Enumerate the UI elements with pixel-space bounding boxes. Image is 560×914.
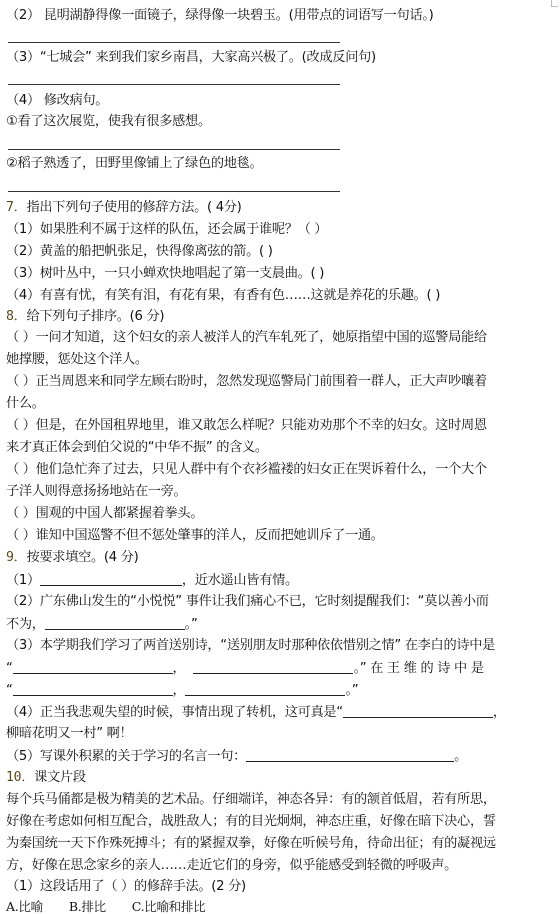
option-c[interactable]: C.比喻和排比 [132,898,206,914]
fill-blank[interactable] [45,615,185,630]
q7-item: （3）树叶丛中，一只小蝉欢快地唱起了第一支晨曲。( ) [6,265,324,283]
answer-line[interactable] [8,149,340,150]
fill-blank[interactable] [13,681,173,696]
fill-blank[interactable] [40,571,182,586]
q9-item3-mid: 。” 在 王 维 的 诗 中 是 [353,661,483,676]
answer-line[interactable] [8,84,340,85]
q9-heading: 9．按要求填空。(4 分) [6,549,138,567]
q9-item3-line1: （3）本学期我们学习了两首送别诗，“送别朋友时那种依依惜别之情” 在李白的诗中是 [6,637,495,655]
comma: ， [173,661,186,676]
q9-item3-line2: “，。” 在 王 维 的 诗 中 是 [6,659,484,677]
comma: ， [493,705,506,720]
q10-number: 10． [6,770,34,785]
fill-blank[interactable] [13,659,173,674]
q9-item5-suffix: 。 [454,749,467,764]
fill-blank[interactable] [246,747,454,762]
q9-item5-prefix: （5）写课外积累的关于学习的名言一句： [6,749,246,764]
q8-line: 什么。 [6,395,45,413]
fill-blank[interactable] [343,703,493,718]
q9-number: 9． [6,550,27,565]
q6-item4: （4） 修改病句。 [6,92,108,110]
q10-passage-line: 方，好像在思念家乡的亲人……走近它们的身旁，似乎能感受到轻微的呼吸声。 [6,857,457,875]
q8-number: 8． [6,309,27,324]
q8-line: （ ）他们急忙奔了过去，只见人群中有个衣衫褴褛的妇女正在哭诉着什么，一个大个 [6,461,487,479]
q7-title: 指出下列句子使用的修辞方法。( 4分) [27,200,242,215]
q7-item: （1）如果胜利不属于这样的队伍，还会属于谁呢？（ ） [6,221,327,239]
q7-number: 7． [6,200,27,215]
q8-title: 给下列句子排序。(6 分) [27,309,165,324]
q7-heading: 7．指出下列句子使用的修辞方法。( 4分) [6,199,242,217]
option-b[interactable]: B.排比 [69,898,106,914]
q10-title: 课文片段 [34,770,86,785]
q10-question1: （1）这段话用了（ ）的修辞手法。(2 分) [6,878,246,896]
q8-line: 来才真正体会到伯父说的“中华不振” 的含义。 [6,439,268,457]
q10-options: A.比喻B.排比C.比喻和排比 [6,898,231,914]
quote-end: 。” [345,683,358,698]
worksheet-page: （2） 昆明湖静得像一面镜子，绿得像一块碧玉。(用带点的词语写一句话。) （3）… [0,0,560,914]
q9-item4-line2: 柳暗花明又一村” 啊！ [6,725,132,743]
q9-item3-line3: “，。” [6,681,358,699]
q8-line: （ ）正当周恩来和同学左顾右盼时，忽然发现巡警局门前围着一群人，正大声吵嚷着 [6,373,487,391]
q9-item1: （1），近水遥山皆有情。 [6,571,298,589]
comma: ， [173,683,186,698]
q9-item1-prefix: （1） [6,573,40,588]
q8-line: （ ）谁知中国巡警不但不惩处肇事的洋人，反而把她训斥了一通。 [6,527,384,545]
q10-heading: 10．课文片段 [6,769,86,787]
q9-item2-prefix: 不为， [6,617,45,632]
q9-item4-line1: （4）正当我悲观失望的时候，事情出现了转机，这可真是“， [6,703,506,721]
answer-line[interactable] [8,42,340,43]
option-a[interactable]: A.比喻 [6,898,43,914]
q9-title: 按要求填空。(4 分) [27,550,139,565]
q9-item1-suffix: ，近水遥山皆有情。 [182,573,298,588]
q9-item5: （5）写课外积累的关于学习的名言一句：。 [6,747,467,765]
q8-line: （ ）围观的中国人都紧握着拳头。 [6,505,203,523]
q9-item2-line1: （2）广东佛山发生的“小悦悦” 事件让我们痛心不已，它时刻提醒我们：“莫以善小而 [6,593,489,611]
q8-line: 她撑腰，惩处这个洋人。 [6,351,148,369]
q6-item4-sentence1: ①看了这次展览，使我有很多感想。 [6,113,211,131]
fill-blank[interactable] [193,659,353,674]
q10-passage-line: 好像在考虑如何相互配合，战胜敌人；有的目光炯炯，神态庄重，好像在暗下决心，誓 [6,813,496,831]
q6-item2: （2） 昆明湖静得像一面镜子，绿得像一块碧玉。(用带点的词语写一句话。) [6,7,433,25]
answer-line[interactable] [8,191,340,192]
q8-heading: 8．给下列句子排序。(6 分) [6,308,164,326]
page-corner-mark [551,0,558,7]
q8-line: （ ）但是，在外国租界地里，谁又敢怎么样呢？只能劝劝那个不幸的妇女。这时周恩 [6,417,487,435]
q6-item3: （3）“七城会” 来到我们家乡南昌，大家高兴极了。(改成反问句) [6,49,376,67]
q8-line: （ ）一问才知道，这个妇女的亲人被洋人的汽车轧死了，她原指望中国的巡警局能给 [6,329,487,347]
q9-item2-suffix: 。” [185,617,198,632]
q9-item2-line2: 不为，。” [6,615,198,633]
q7-item: （2）黄盖的船把帆张足，快得像离弦的箭。( ) [6,243,273,261]
q10-passage-line: 为秦国统一天下作殊死搏斗；有的紧握双拳，好像在听候号角，待命出征；有的凝视远 [6,835,496,853]
q6-item4-sentence2: ②稻子熟透了，田野里像铺上了绿色的地毯。 [6,155,262,173]
q8-line: 子洋人则得意扬扬地站在一旁。 [6,483,186,501]
fill-blank[interactable] [185,681,345,696]
q9-item4-prefix: （4）正当我悲观失望的时候，事情出现了转机，这可真是“ [6,705,343,720]
q7-item: （4）有喜有忧，有笑有泪，有花有果，有香有色……这就是养花的乐趣。( ) [6,287,440,305]
q10-passage-line: 每个兵马俑都是极为精美的艺术品。仔细端详，神态各异：有的颔首低眉，若有所思， [6,791,496,809]
